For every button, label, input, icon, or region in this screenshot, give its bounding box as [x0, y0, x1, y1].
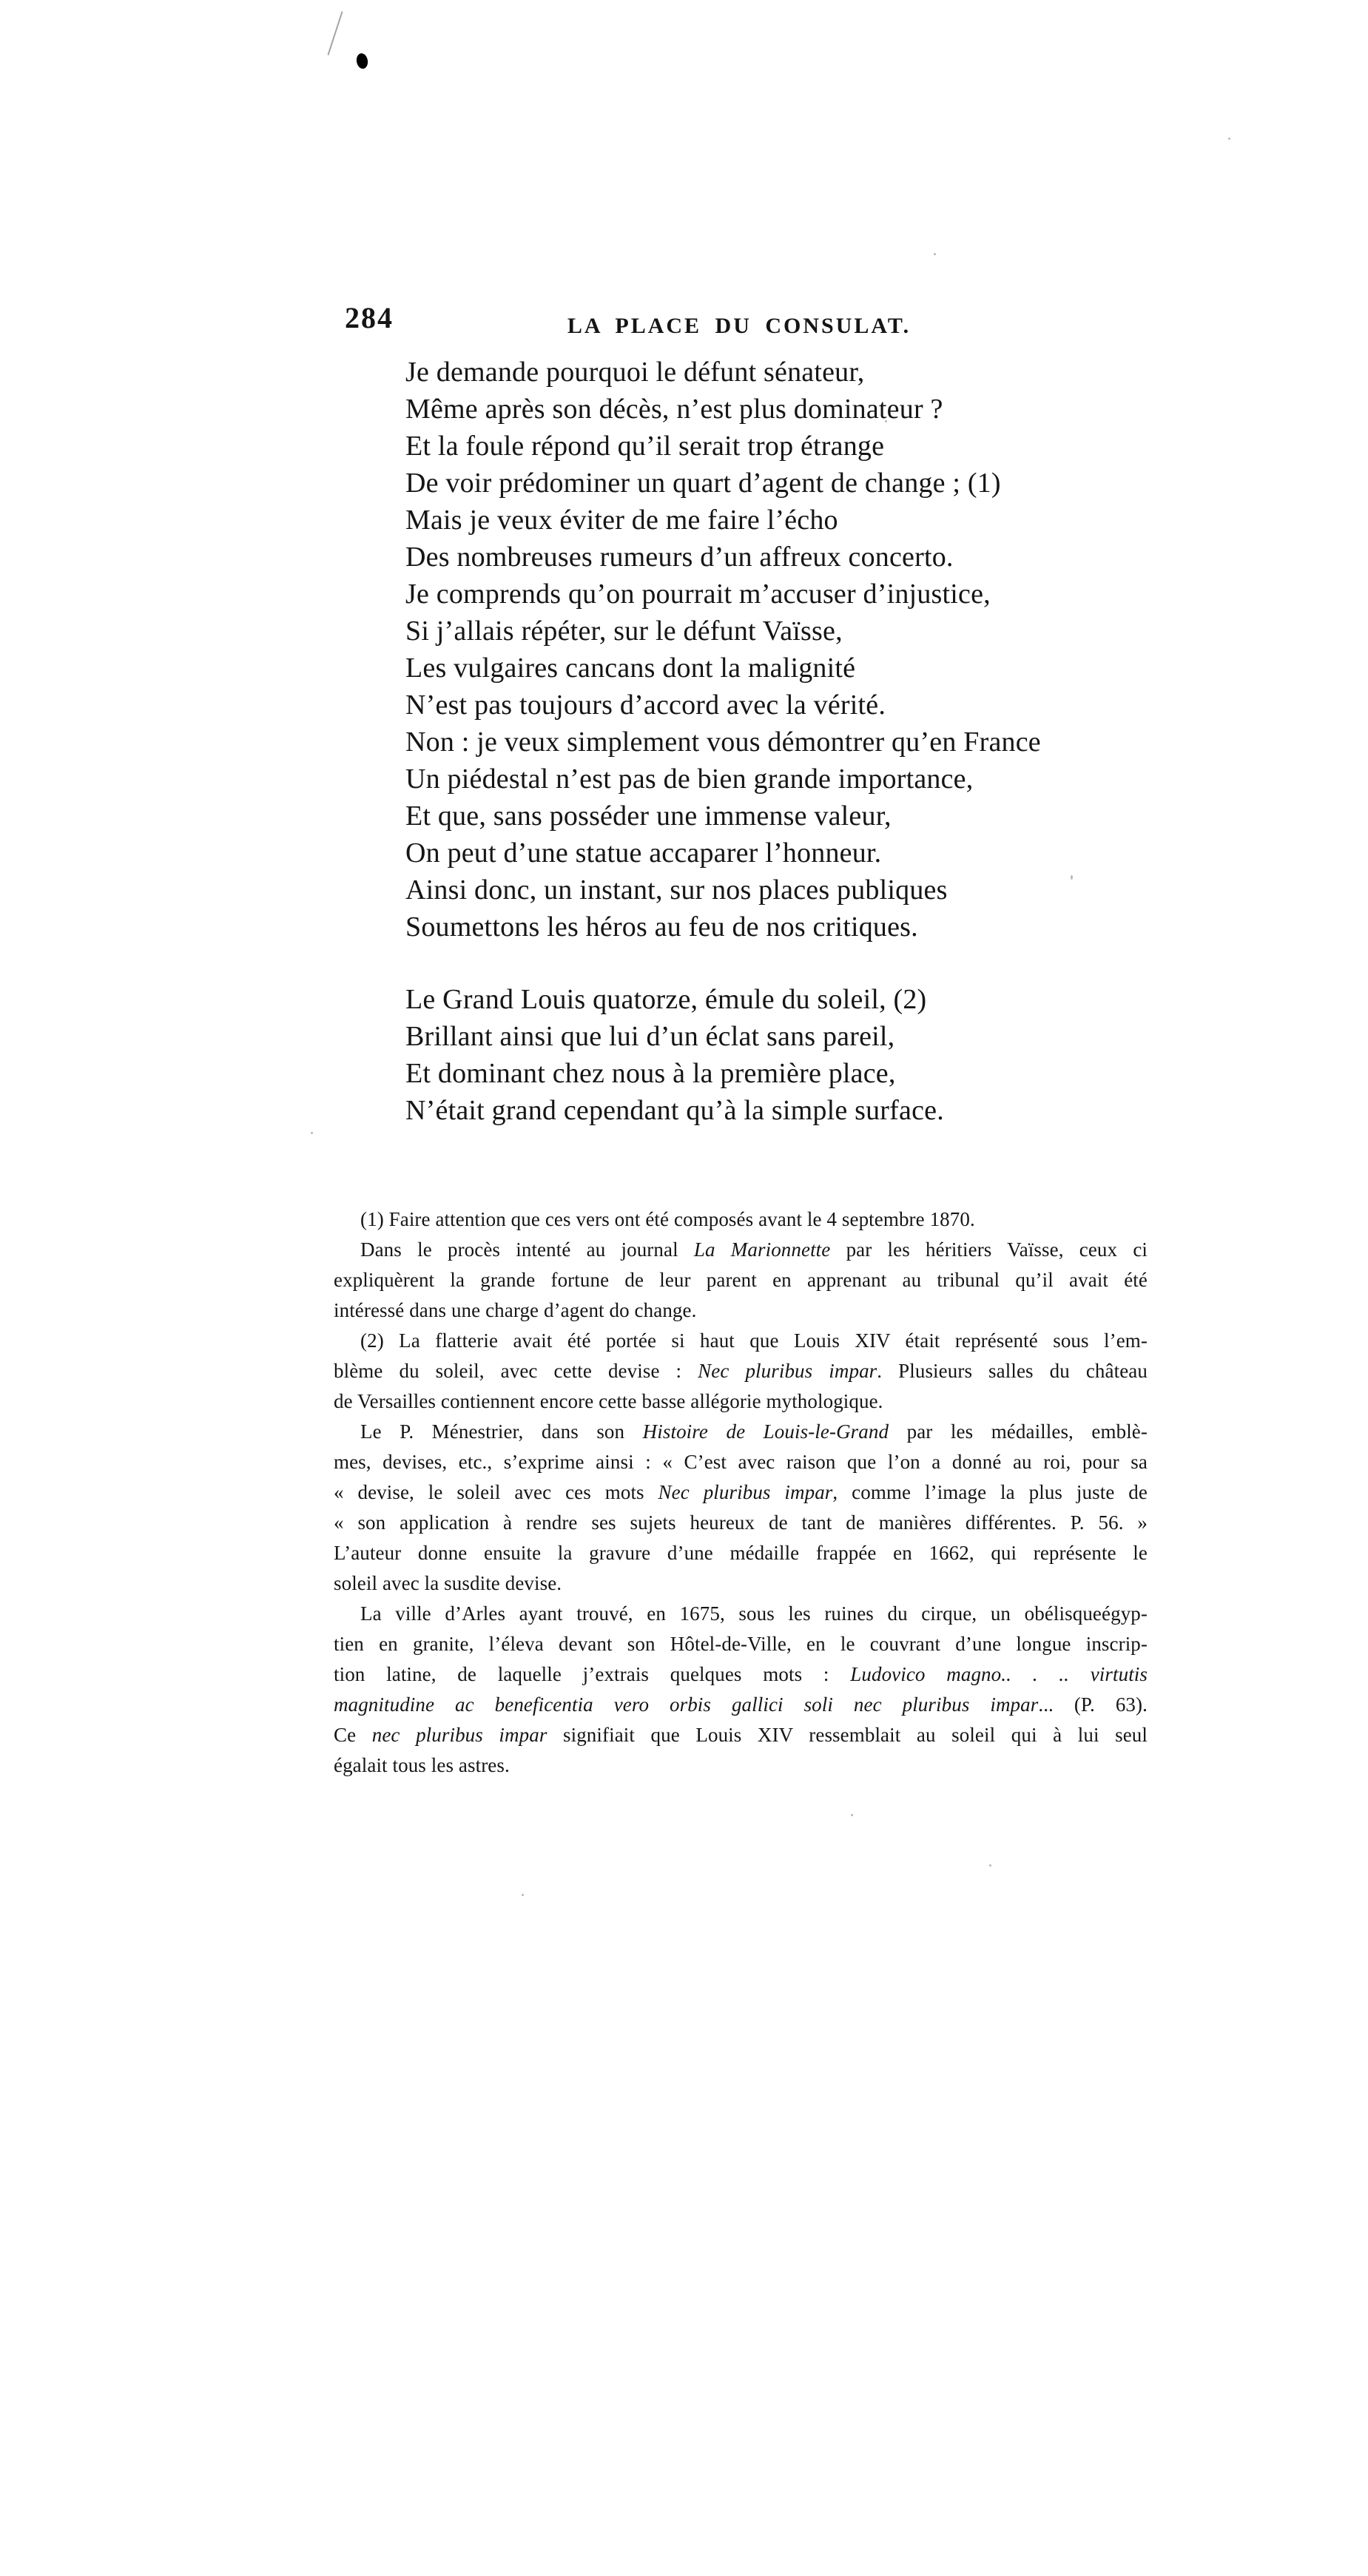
footnote-text-segment: égalait tous les astres.	[334, 1754, 510, 1776]
footnote-line: « son application à rendre ses sujets he…	[334, 1508, 1148, 1538]
footnote-text-segment: signifiait que Louis XIV ressemblait au …	[547, 1724, 1148, 1746]
footnote-text-segment: « son application à rendre ses sujets he…	[334, 1511, 1148, 1534]
ink-speck	[934, 253, 936, 255]
footnote-line: magnitudine ac beneficentia vero orbis g…	[334, 1690, 1148, 1720]
poem-stanza-1: Je demande pourquoi le défunt sénateur,M…	[405, 354, 1041, 945]
poem-line: Même après son décès, n’est plus dominat…	[405, 391, 1041, 428]
poem-line: On peut d’une statue accaparer l’honneur…	[405, 834, 1041, 871]
poem-line: Ainsi donc, un instant, sur nos places p…	[405, 871, 1041, 908]
footnote-line: tion latine, de laquelle j’extrais quelq…	[334, 1659, 1148, 1690]
poem-line: Soumettons les héros au feu de nos criti…	[405, 908, 1041, 945]
footnote-text-segment: Dans le procès intenté au journal	[360, 1238, 694, 1261]
poem-line: Et la foule répond qu’il serait trop étr…	[405, 428, 1041, 465]
footnote-line: (2) La flatterie avait été portée si hau…	[334, 1326, 1148, 1356]
poem-line: Les vulgaires cancans dont la malignité	[405, 650, 1041, 687]
footnote-text-segment: La ville d’Arles ayant trouvé, en 1675, …	[360, 1602, 1148, 1625]
footnote-text-segment: . Plusieurs salles du château	[877, 1360, 1148, 1382]
poem-line: De voir prédominer un quart d’agent de c…	[405, 465, 1041, 502]
book-page-scan: 284 LA PLACE DU CONSULAT. Je demande pou…	[0, 0, 1368, 2576]
ink-speck	[851, 1814, 853, 1816]
footnote-text-segment: (2) La flatterie avait été portée si hau…	[360, 1329, 1148, 1352]
footnote-text-segment: soleil avec la susdite devise.	[334, 1572, 562, 1594]
ink-speck	[1228, 138, 1230, 140]
footnote-line: (1) Faire attention que ces vers ont été…	[334, 1204, 1148, 1235]
footnote-text-segment: ... (P. 63).	[1038, 1693, 1148, 1716]
footnote-line: « devise, le soleil avec ces mots Nec pl…	[334, 1477, 1148, 1508]
footnote-line: L’auteur donne ensuite la gravure d’une …	[334, 1538, 1148, 1568]
footnote-italic-segment: La Marionnette	[694, 1238, 831, 1261]
poem-line: Non : je veux simplement vous démontrer …	[405, 724, 1041, 761]
footnote-italic-segment: magnitudine ac beneficentia vero orbis g…	[334, 1693, 1038, 1716]
footnote-line: tien en granite, l’éleva devant son Hôte…	[334, 1629, 1148, 1659]
poem-line: Mais je veux éviter de me faire l’écho	[405, 502, 1041, 539]
footnote-line: mes, devises, etc., s’exprime ainsi : « …	[334, 1447, 1148, 1477]
ink-speck	[1071, 875, 1073, 880]
footnote-text-segment: de Versailles contiennent encore cette b…	[334, 1390, 883, 1412]
footnote-text-segment: Ce	[334, 1724, 372, 1746]
poem-line: N’était grand cependant qu’à la simple s…	[405, 1092, 944, 1129]
footnote-text-segment: « devise, le soleil avec ces mots	[334, 1481, 658, 1503]
poem-line: Brillant ainsi que lui d’un éclat sans p…	[405, 1018, 944, 1055]
footnote-text-segment: tien en granite, l’éleva devant son Hôte…	[334, 1633, 1148, 1655]
footnote-text-segment: par les héritiers Vaïsse, ceux ci	[830, 1238, 1148, 1261]
footnote-italic-segment: nec pluribus impar	[372, 1724, 547, 1746]
footnote-text-segment: blème du soleil, avec cette devise :	[334, 1360, 698, 1382]
footnote-text-segment: tion latine, de laquelle j’extrais quelq…	[334, 1663, 850, 1685]
footnote-line: La ville d’Arles ayant trouvé, en 1675, …	[334, 1599, 1148, 1629]
footnote-line: soleil avec la susdite devise.	[334, 1568, 1148, 1599]
ink-speck	[311, 1132, 313, 1134]
footnote-italic-segment: Histoire de Louis-le-Grand	[643, 1420, 889, 1443]
poem-line: Un piédestal n’est pas de bien grande im…	[405, 761, 1041, 798]
footnote-line: Le P. Ménestrier, dans son Histoire de L…	[334, 1417, 1148, 1447]
scratch-mark	[327, 11, 343, 55]
footnote-line: Ce nec pluribus impar signifiait que Lou…	[334, 1720, 1148, 1750]
poem-line: Et dominant chez nous à la première plac…	[405, 1055, 944, 1092]
poem-stanza-2: Le Grand Louis quatorze, émule du soleil…	[405, 981, 944, 1129]
footnote-text-segment: mes, devises, etc., s’exprime ainsi : « …	[334, 1451, 1148, 1473]
footnote-italic-segment: Ludovico magno.. . .. virtutis	[850, 1663, 1148, 1685]
ink-blot	[355, 53, 368, 70]
footnote-text-segment: , comme l’image la plus juste de	[832, 1481, 1148, 1503]
poem-line: Le Grand Louis quatorze, émule du soleil…	[405, 981, 944, 1018]
footnote-line: de Versailles contiennent encore cette b…	[334, 1386, 1148, 1417]
poem-line: Je demande pourquoi le défunt sénateur,	[405, 354, 1041, 391]
poem-line: Des nombreuses rumeurs d’un affreux conc…	[405, 539, 1041, 576]
footnote-text-segment: par les médailles, emblè-	[889, 1420, 1148, 1443]
ink-speck	[522, 1894, 524, 1896]
footnote-text-segment: L’auteur donne ensuite la gravure d’une …	[334, 1542, 1148, 1564]
poem-line: N’est pas toujours d’accord avec la véri…	[405, 687, 1041, 724]
page-number: 284	[345, 300, 394, 335]
ink-speck	[989, 1864, 991, 1867]
ink-speck	[885, 420, 887, 422]
footnote-line: Dans le procès intenté au journal La Mar…	[334, 1235, 1148, 1265]
footnote-italic-segment: Nec pluribus impar	[658, 1481, 833, 1503]
footnote-line: blème du soleil, avec cette devise : Nec…	[334, 1356, 1148, 1386]
footnote-line: expliquèrent la grande fortune de leur p…	[334, 1265, 1148, 1295]
footnote-italic-segment: Nec pluribus impar	[698, 1360, 877, 1382]
poem-line: Si j’allais répéter, sur le défunt Vaïss…	[405, 613, 1041, 650]
footnote-line: intéressé dans une charge d’agent do cha…	[334, 1295, 1148, 1326]
footnote-text-segment: Le P. Ménestrier, dans son	[360, 1420, 643, 1443]
footnote-text-segment: intéressé dans une charge d’agent do cha…	[334, 1299, 696, 1321]
footnote-line: égalait tous les astres.	[334, 1750, 1148, 1781]
poem-line: Je comprends qu’on pourrait m’accuser d’…	[405, 576, 1041, 613]
poem-line: Et que, sans posséder une immense valeur…	[405, 798, 1041, 834]
footnote-text-segment: (1) Faire attention que ces vers ont été…	[360, 1208, 975, 1230]
footnotes-block: (1) Faire attention que ces vers ont été…	[334, 1204, 1148, 1781]
footnote-text-segment: expliquèrent la grande fortune de leur p…	[334, 1269, 1148, 1291]
running-header: LA PLACE DU CONSULAT.	[567, 314, 911, 339]
